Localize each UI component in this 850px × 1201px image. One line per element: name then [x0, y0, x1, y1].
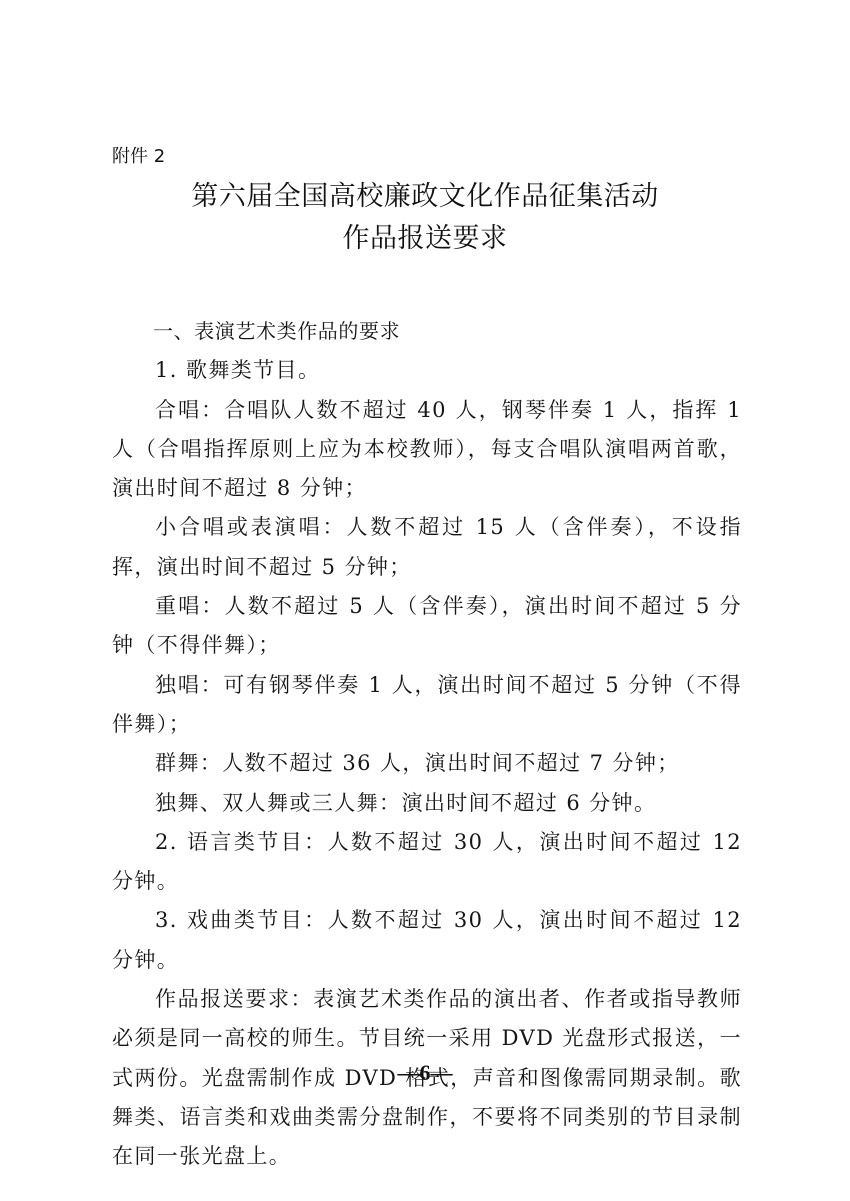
- document-title-line-2: 作品报送要求: [0, 222, 850, 256]
- paragraph-group-dance: 群舞：人数不超过 36 人，演出时间不超过 7 分钟；: [112, 744, 742, 783]
- section-heading: 一、表演艺术类作品的要求: [112, 312, 742, 351]
- document-page: 附件 2 第六届全国高校廉政文化作品征集活动 作品报送要求 一、表演艺术类作品的…: [0, 0, 850, 1201]
- paragraph-language-category: 2. 语言类节目：人数不超过 30 人，演出时间不超过 12 分钟。: [112, 823, 742, 902]
- paragraph-small-chorus: 小合唱或表演唱：人数不超过 15 人（含伴奏），不设指挥，演出时间不超过 5 分…: [112, 508, 742, 587]
- paragraph-opera-category: 3. 戏曲类节目：人数不超过 30 人，演出时间不超过 12 分钟。: [112, 901, 742, 980]
- document-title-line-1: 第六届全国高校廉政文化作品征集活动: [0, 180, 850, 214]
- attachment-label: 附件 2: [112, 146, 165, 168]
- paragraph-ensemble: 重唱：人数不超过 5 人（含伴奏），演出时间不超过 5 分钟（不得伴舞）；: [112, 587, 742, 666]
- page-number: —6—: [0, 1060, 850, 1086]
- paragraph-solo-singing: 独唱：可有钢琴伴奏 1 人，演出时间不超过 5 分钟（不得伴舞）；: [112, 666, 742, 745]
- document-body: 一、表演艺术类作品的要求 1. 歌舞类节目。 合唱：合唱队人数不超过 40 人，…: [112, 312, 742, 1177]
- paragraph-song-dance-category: 1. 歌舞类节目。: [112, 351, 742, 390]
- paragraph-chorus: 合唱：合唱队人数不超过 40 人，钢琴伴奏 1 人，指挥 1 人（合唱指挥原则上…: [112, 391, 742, 509]
- paragraph-solo-dance: 独舞、双人舞或三人舞：演出时间不超过 6 分钟。: [112, 784, 742, 823]
